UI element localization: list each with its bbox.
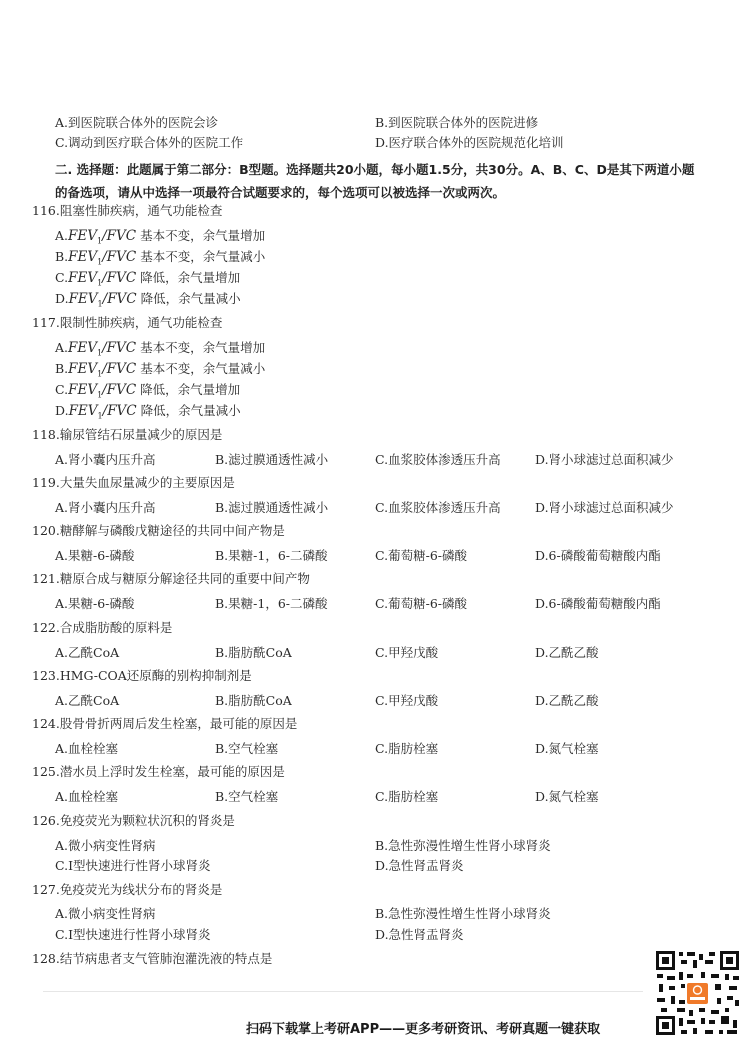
question-123-stem: 123.HMG-COA还原酶的别构抑制剂是 bbox=[32, 668, 252, 684]
question-121-option-a: A.果糖-6-磷酸 bbox=[55, 596, 134, 612]
question-117-option-a: A.FEV1/FVC 基本不变，余气量增加 bbox=[55, 340, 265, 362]
question-117-option-c: C.FEV1/FVC 降低，余气量增加 bbox=[55, 382, 240, 404]
question-124-stem: 124.股骨骨折两周后发生栓塞，最可能的原因是 bbox=[32, 716, 297, 732]
question-116-option-b: B.FEV1/FVC 基本不变，余气量减小 bbox=[55, 249, 265, 271]
question-125-stem: 125.潜水员上浮时发生栓塞，最可能的原因是 bbox=[32, 764, 285, 780]
footer-promo-text: 扫码下载掌上考研APP——更多考研资讯、考研真题一键获取 bbox=[246, 1018, 600, 1037]
question-120-option-c: C.葡萄糖-6-磷酸 bbox=[375, 548, 467, 564]
section-heading: 二. 选择题：此题属于第二部分：B型题。选择题共20小题，每小题1.5分，共30… bbox=[55, 158, 705, 204]
footer-divider bbox=[43, 991, 643, 992]
prev-option-b: B.到医院联合体外的医院进修 bbox=[375, 115, 538, 131]
prev-option-a: A.到医院联合体外的医院会诊 bbox=[55, 115, 218, 131]
question-123-option-d: D.乙酰乙酸 bbox=[535, 693, 599, 709]
question-122-option-c: C.甲羟戊酸 bbox=[375, 645, 438, 661]
question-121-option-c: C.葡萄糖-6-磷酸 bbox=[375, 596, 467, 612]
exam-page: A.到医院联合体外的医院会诊 B.到医院联合体外的医院进修 C.调动到医疗联合体… bbox=[0, 0, 750, 1061]
question-123-option-a: A.乙酰CoA bbox=[55, 693, 119, 709]
question-116-option-d: D.FEV1/FVC 降低，余气量减小 bbox=[55, 291, 241, 313]
question-118-option-b: B.滤过膜通透性减小 bbox=[215, 452, 328, 468]
question-117-stem: 117.限制性肺疾病，通气功能检查 bbox=[32, 315, 222, 331]
question-127-option-a: A.微小病变性肾病 bbox=[55, 906, 156, 922]
question-127-option-b: B.急性弥漫性增生性肾小球肾炎 bbox=[375, 906, 551, 922]
question-127-option-d: D.急性肾盂肾炎 bbox=[375, 927, 464, 943]
question-119-option-b: B.滤过膜通透性减小 bbox=[215, 500, 328, 516]
question-126-stem: 126.免疫荧光为颗粒状沉积的肾炎是 bbox=[32, 813, 235, 829]
question-122-stem: 122.合成脂肪酸的原料是 bbox=[32, 620, 172, 636]
question-127-stem: 127.免疫荧光为线状分布的肾炎是 bbox=[32, 882, 222, 898]
question-122-option-a: A.乙酰CoA bbox=[55, 645, 119, 661]
prev-option-d: D.医疗联合体外的医院规范化培训 bbox=[375, 135, 564, 151]
question-125-option-a: A.血栓栓塞 bbox=[55, 789, 118, 805]
question-116-option-c: C.FEV1/FVC 降低，余气量增加 bbox=[55, 270, 240, 292]
question-123-option-c: C.甲羟戊酸 bbox=[375, 693, 438, 709]
question-120-stem: 120.糖酵解与磷酸戊糖途径的共同中间产物是 bbox=[32, 523, 285, 539]
qr-code-icon[interactable] bbox=[655, 950, 740, 1036]
question-126-option-a: A.微小病变性肾病 bbox=[55, 838, 156, 854]
question-117-option-d: D.FEV1/FVC 降低，余气量减小 bbox=[55, 403, 241, 425]
question-120-option-b: B.果糖-1，6-二磷酸 bbox=[215, 548, 328, 564]
question-125-option-d: D.氮气栓塞 bbox=[535, 789, 599, 805]
question-119-option-c: C.血浆胶体渗透压升高 bbox=[375, 500, 501, 516]
question-120-option-d: D.6-磷酸葡萄糖酸内酯 bbox=[535, 548, 661, 564]
question-121-stem: 121.糖原合成与糖原分解途径共同的重要中间产物 bbox=[32, 571, 310, 587]
prev-option-c: C.调动到医疗联合体外的医院工作 bbox=[55, 135, 243, 151]
question-121-option-d: D.6-磷酸葡萄糖酸内酯 bbox=[535, 596, 661, 612]
question-122-option-b: B.脂肪酰CoA bbox=[215, 645, 292, 661]
question-118-option-d: D.肾小球滤过总面积减少 bbox=[535, 452, 674, 468]
question-122-option-d: D.乙酰乙酸 bbox=[535, 645, 599, 661]
question-127-option-c: C.I型快速进行性肾小球肾炎 bbox=[55, 927, 211, 943]
question-124-option-a: A.血栓栓塞 bbox=[55, 741, 118, 757]
question-119-option-d: D.肾小球滤过总面积减少 bbox=[535, 500, 674, 516]
question-125-option-b: B.空气栓塞 bbox=[215, 789, 278, 805]
question-125-option-c: C.脂肪栓塞 bbox=[375, 789, 438, 805]
question-124-option-b: B.空气栓塞 bbox=[215, 741, 278, 757]
question-121-option-b: B.果糖-1，6-二磷酸 bbox=[215, 596, 328, 612]
question-118-stem: 118.输尿管结石尿量减少的原因是 bbox=[32, 427, 222, 443]
question-119-stem: 119.大量失血尿量减少的主要原因是 bbox=[32, 475, 235, 491]
question-126-option-c: C.I型快速进行性肾小球肾炎 bbox=[55, 858, 211, 874]
question-126-option-d: D.急性肾盂肾炎 bbox=[375, 858, 464, 874]
question-119-option-a: A.肾小囊内压升高 bbox=[55, 500, 156, 516]
question-116-option-a: A.FEV1/FVC 基本不变，余气量增加 bbox=[55, 228, 265, 250]
question-118-option-a: A.肾小囊内压升高 bbox=[55, 452, 156, 468]
question-128-stem: 128.结节病患者支气管肺泡灌洗液的特点是 bbox=[32, 951, 272, 967]
question-126-option-b: B.急性弥漫性增生性肾小球肾炎 bbox=[375, 838, 551, 854]
question-118-option-c: C.血浆胶体渗透压升高 bbox=[375, 452, 501, 468]
question-120-option-a: A.果糖-6-磷酸 bbox=[55, 548, 134, 564]
question-117-option-b: B.FEV1/FVC 基本不变，余气量减小 bbox=[55, 361, 265, 383]
question-123-option-b: B.脂肪酰CoA bbox=[215, 693, 292, 709]
question-116-stem: 116.阻塞性肺疾病，通气功能检查 bbox=[32, 203, 222, 219]
question-124-option-c: C.脂肪栓塞 bbox=[375, 741, 438, 757]
question-124-option-d: D.氮气栓塞 bbox=[535, 741, 599, 757]
